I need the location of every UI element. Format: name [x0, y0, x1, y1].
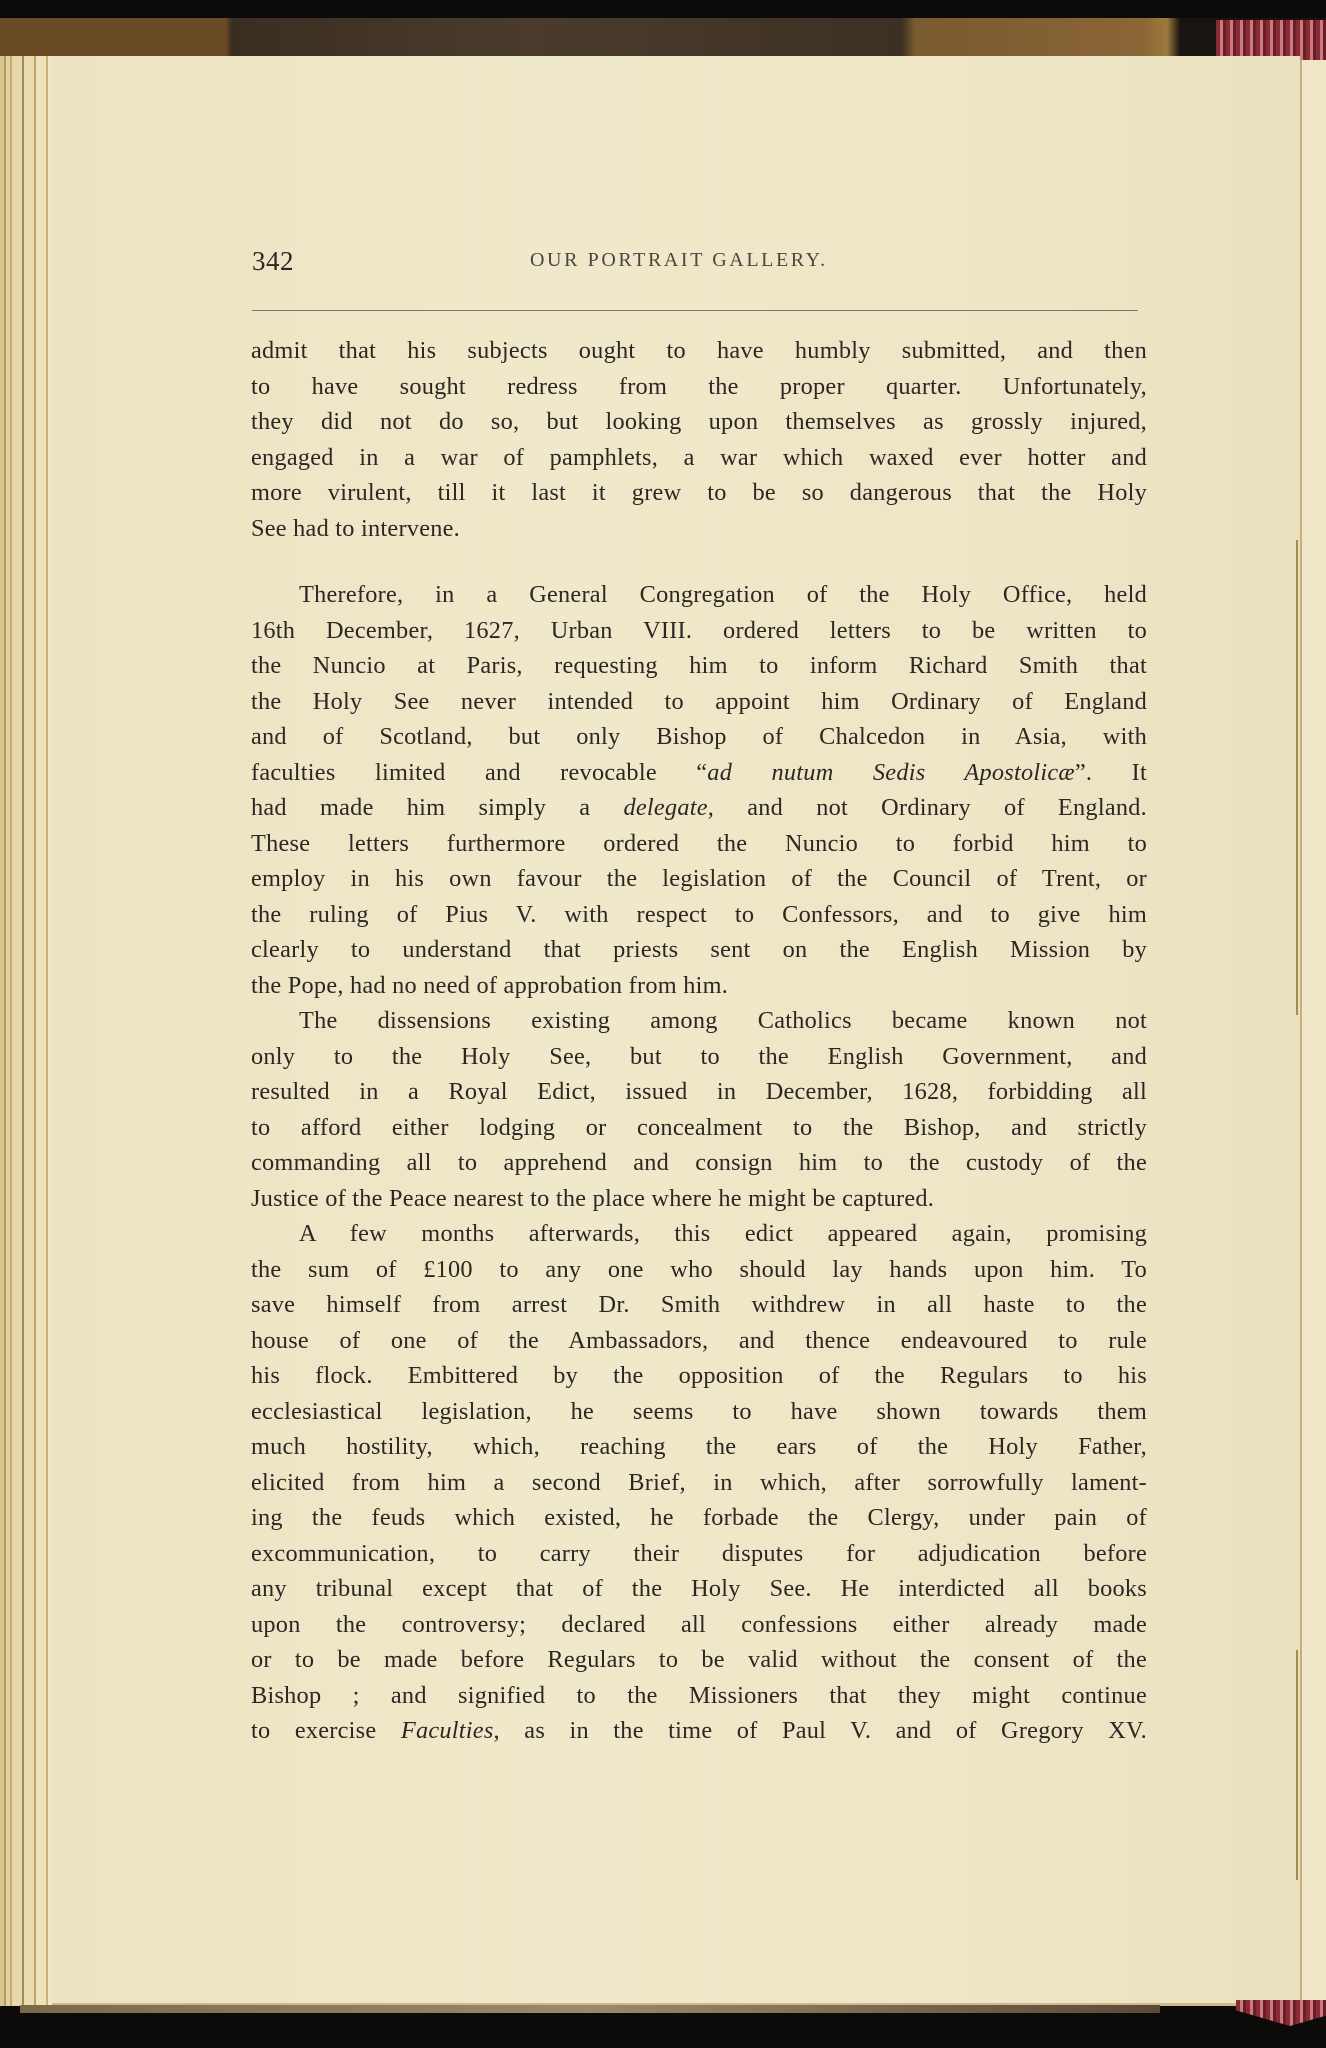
text-line: clearly to understand that priests sent … — [251, 932, 1147, 968]
book-binding-bottom — [20, 2005, 1160, 2013]
text-line: commanding all to apprehend and consign … — [251, 1145, 1147, 1181]
book-binding-top — [0, 18, 1326, 58]
text-line: had made him simply a delegate, and not … — [251, 790, 1147, 826]
header-rule — [252, 310, 1138, 311]
text-line: to have sought redress from the proper q… — [251, 369, 1147, 405]
text-line: or to be made before Regulars to be vali… — [251, 1642, 1147, 1678]
text-line: only to the Holy See, but to the English… — [251, 1039, 1147, 1075]
text-line: to exercise Faculties, as in the time of… — [251, 1713, 1147, 1749]
text-line: Justice of the Peace nearest to the plac… — [251, 1181, 1147, 1217]
text-line: employ in his own favour the legislation… — [251, 861, 1147, 897]
text-line: more virulent, till it last it grew to b… — [251, 475, 1147, 511]
text-line: any tribunal except that of the Holy See… — [251, 1571, 1147, 1607]
italic-phrase: Faculties — [401, 1717, 494, 1744]
text-line: save himself from arrest Dr. Smith withd… — [251, 1287, 1147, 1323]
text-line: much hostility, which, reaching the ears… — [251, 1429, 1147, 1465]
text-line: upon the controversy; declared all confe… — [251, 1607, 1147, 1643]
text-line: These letters furthermore ordered the Nu… — [251, 826, 1147, 862]
text-line: engaged in a war of pamphlets, a war whi… — [251, 440, 1147, 476]
text-line: ecclesiastical legislation, he seems to … — [251, 1394, 1147, 1430]
text-line: house of one of the Ambassadors, and the… — [251, 1323, 1147, 1359]
text-line: the ruling of Pius V. with respect to Co… — [251, 897, 1147, 933]
page-number: 342 — [252, 246, 294, 277]
text-line: and of Scotland, but only Bishop of Chal… — [251, 719, 1147, 755]
text-line: resulted in a Royal Edict, issued in Dec… — [251, 1074, 1147, 1110]
text-line: his flock. Embittered by the opposition … — [251, 1358, 1147, 1394]
text-line: the sum of £100 to any one who should la… — [251, 1252, 1147, 1288]
page-fold-edge — [1300, 60, 1326, 2000]
text-line: admit that his subjects ought to have hu… — [251, 333, 1147, 369]
text-line: 16th December, 1627, Urban VIII. ordered… — [251, 613, 1147, 649]
page-crease-mark — [1296, 1650, 1298, 1880]
text-line: The dissensions existing among Catholics… — [251, 1003, 1147, 1039]
page-crease-mark — [1296, 540, 1298, 1015]
text-line: the Holy See never intended to appoint h… — [251, 684, 1147, 720]
text-line: Bishop ; and signified to the Missioners… — [251, 1678, 1147, 1714]
text-line: excommunication, to carry their disputes… — [251, 1536, 1147, 1572]
text-line: elicited from him a second Brief, in whi… — [251, 1465, 1147, 1501]
headband-bottom — [1236, 2000, 1326, 2026]
text-line: See had to intervene. — [251, 511, 1147, 547]
italic-phrase: delegate — [623, 794, 707, 821]
text-line: faculties limited and revocable “ad nutu… — [251, 755, 1147, 791]
text-line: they did not do so, but looking upon the… — [251, 404, 1147, 440]
text-line: Therefore, in a General Congregation of … — [251, 577, 1147, 613]
page-stack-edge — [0, 56, 52, 2006]
running-head: 342 OUR PORTRAIT GALLERY. — [0, 246, 1326, 276]
text-line: the Nuncio at Paris, requesting him to i… — [251, 648, 1147, 684]
running-title: OUR PORTRAIT GALLERY. — [530, 249, 828, 272]
italic-phrase: ad nutum Sedis Apostolicæ — [707, 759, 1075, 786]
text-line: A few months afterwards, this edict appe… — [251, 1216, 1147, 1252]
text-line: ing the feuds which existed, he forbade … — [251, 1500, 1147, 1536]
text-line: the Pope, had no need of approbation fro… — [251, 968, 1147, 1004]
text-line: to afford either lodging or concealment … — [251, 1110, 1147, 1146]
